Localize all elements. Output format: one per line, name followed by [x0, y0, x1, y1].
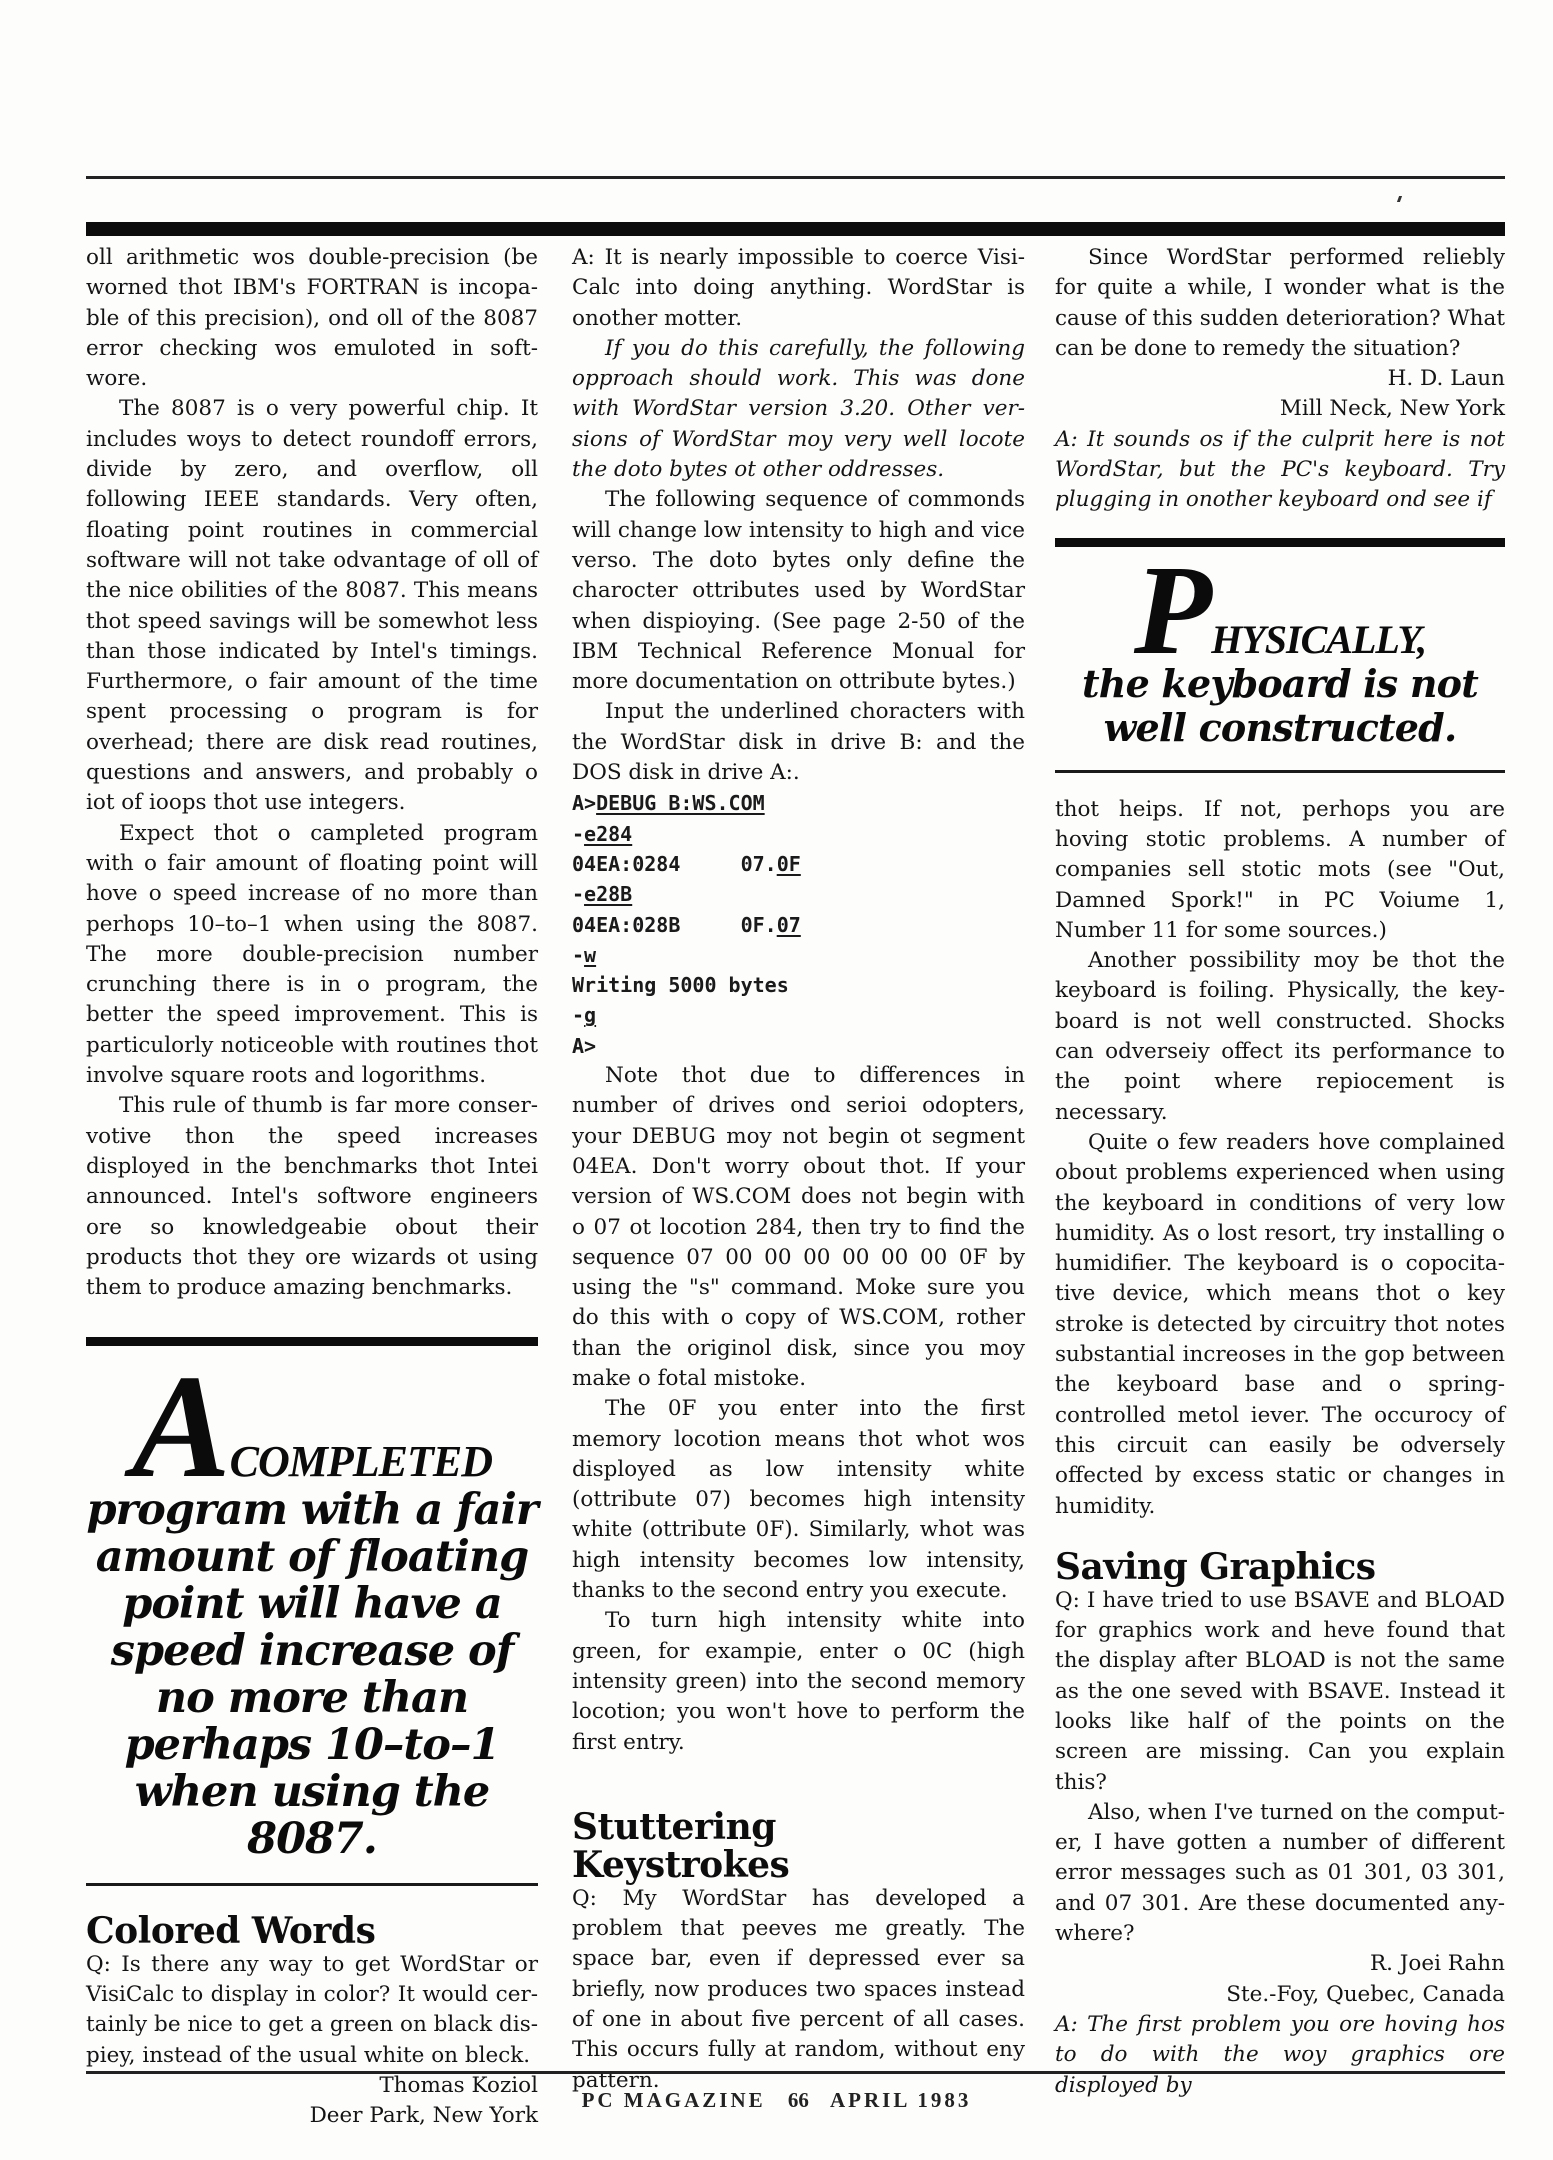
- body-paragraph: Also, when I've turned on the comput­er,…: [1055, 1798, 1505, 1949]
- code-output: 04EA:028B 0F.: [572, 913, 777, 937]
- body-paragraph: To turn high intensity white into green,…: [572, 1606, 1025, 1757]
- reader-question: Q: My WordStar has developed a problem t…: [572, 1884, 1025, 2096]
- pull-quote-dropcap: P: [1134, 539, 1211, 681]
- code-prompt: -: [572, 882, 584, 906]
- scan-artifact-mark: [1397, 196, 1402, 202]
- code-prompt: -: [572, 943, 584, 967]
- page-footer: PC MAGAZINE 66 APRIL 1983: [0, 2088, 1553, 2113]
- issue-date: APRIL 1983: [830, 2088, 971, 2112]
- pull-quote-text: the keyboard is not well constructed.: [1082, 661, 1478, 750]
- section-heading-line: Stuttering: [572, 1806, 776, 1848]
- pull-quote-text: program with a fair amount of floating p…: [86, 1485, 537, 1864]
- pull-quote: ACOMPLETED program with a fair amount of…: [86, 1368, 538, 1862]
- magazine-page: oll arithmetic wos double-precision (be …: [0, 0, 1553, 2160]
- code-input: 07: [777, 913, 801, 937]
- body-paragraph: Expect thot o campleted program with o f…: [86, 819, 538, 1092]
- signature-name: R. Joei Rahn: [1055, 1949, 1505, 1979]
- pull-quote-first-word: COMPLETED: [230, 1437, 492, 1486]
- header-thin-rule: [86, 176, 1505, 179]
- right-column: Since WordStar performed reliebly for qu…: [1055, 243, 1505, 2101]
- header-thick-rule: [86, 222, 1505, 236]
- answer-paragraph: A: It is nearly impossible to coerce Vis…: [572, 243, 1025, 334]
- body-paragraph: The following sequence of commonds will …: [572, 485, 1025, 697]
- answer-paragraph: A: It sounds os if the culprit here is n…: [1055, 425, 1505, 516]
- signature-place: Ste.-Foy, Quebec, Canada: [1055, 1980, 1505, 2010]
- code-prompt: A>: [572, 1034, 596, 1058]
- body-paragraph: The 0F you enter into the first memory l…: [572, 1394, 1025, 1606]
- reader-question: Q: I have tried to use BSAVE and BLOAD f…: [1055, 1586, 1505, 1798]
- reader-question: Q: Is there any way to get WordStar or V…: [86, 1950, 538, 2071]
- code-input: w: [584, 943, 596, 967]
- pull-quote-top-rule: [1055, 538, 1505, 547]
- pull-quote-first-word: HYSICALLY,: [1211, 617, 1426, 662]
- body-paragraph: Input the underlined choracters with the…: [572, 697, 1025, 788]
- body-paragraph: thot heips. If not, perhops you are hovi…: [1055, 795, 1505, 946]
- left-column: oll arithmetic wos double-precision (be …: [86, 243, 538, 2132]
- code-prompt: -: [572, 1003, 584, 1027]
- section-heading: Stuttering Keystrokes: [572, 1808, 1025, 1884]
- section-heading: Colored Words: [86, 1912, 538, 1950]
- section-heading: Saving Graphics: [1055, 1548, 1505, 1586]
- body-paragraph: Note thot due to differences in number o…: [572, 1061, 1025, 1394]
- code-output: 04EA:0284 07.: [572, 852, 777, 876]
- body-paragraph: Another possibility moy be thot the keyb…: [1055, 946, 1505, 1128]
- code-input: e284: [584, 822, 632, 846]
- code-input: g: [584, 1003, 596, 1027]
- page-number: 66: [788, 2088, 809, 2112]
- code-output: Writing 5000 bytes: [572, 973, 789, 997]
- code-input: e28B: [584, 882, 632, 906]
- code-prompt: A>: [572, 791, 596, 815]
- code-input: 0F: [777, 852, 801, 876]
- body-paragraph: Since WordStar performed reliebly for qu…: [1055, 243, 1505, 364]
- code-prompt: -: [572, 822, 584, 846]
- footer-rule: [86, 2071, 1505, 2074]
- section-heading-line: Keystrokes: [572, 1844, 789, 1886]
- body-paragraph: oll arithmetic wos double-precision (be …: [86, 243, 538, 394]
- signature-name: H. D. Laun: [1055, 364, 1505, 394]
- body-paragraph: Quite o few readers hove complained obou…: [1055, 1128, 1505, 1522]
- body-paragraph: This rule of thumb is far more conser­vo…: [86, 1091, 538, 1303]
- code-input: DEBUG B:WS.COM: [596, 791, 765, 815]
- pull-quote: PHYSICALLY, the keyboard is not well con…: [1055, 559, 1505, 750]
- body-paragraph: The 8087 is o very powerful chip. It inc…: [86, 394, 538, 818]
- signature-place: Mill Neck, New York: [1055, 394, 1505, 424]
- debug-code-listing: A>DEBUG B:WS.COM -e284 04EA:0284 07.0F -…: [572, 788, 1025, 1061]
- body-paragraph: If you do this carefully, the following …: [572, 334, 1025, 485]
- middle-column: A: It is nearly impossible to coerce Vis…: [572, 243, 1025, 2096]
- publication-name: PC MAGAZINE: [582, 2088, 766, 2112]
